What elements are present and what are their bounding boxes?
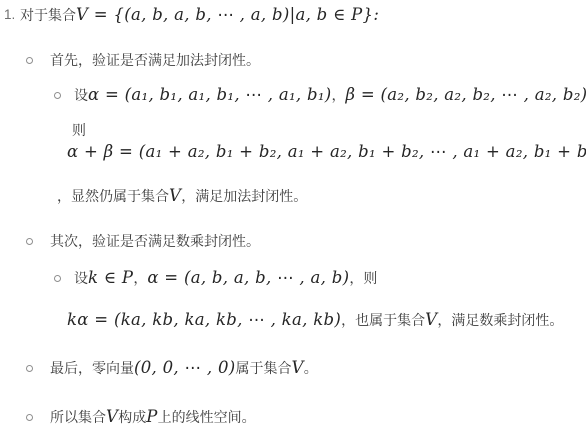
item-text: 最后，零向量(0, 0, ⋯ , 0)属于集合V。 [50, 357, 318, 380]
text-segment: ， [332, 87, 346, 103]
bullet-icon [26, 414, 33, 421]
text-segment: 所以集合 [50, 409, 106, 425]
text-segment: 构成 [118, 409, 146, 425]
math-segment: α = (a, b, a, b, ⋯ , a, b) [147, 268, 349, 287]
text-segment: 上的线性空间。 [158, 409, 256, 425]
math-segment: k ∈ P [88, 268, 133, 287]
math-segment: V [169, 186, 181, 205]
bullet-item-addition-closure: 首先，验证是否满足加法封闭性。 [0, 49, 586, 72]
bullet-icon [26, 365, 33, 372]
math-segment: V [425, 310, 437, 329]
text-segment: 设 [74, 270, 88, 286]
item-text: 对于集合V = {(a, b, a, b, ⋯ , a, b)|a, b ∈ P… [20, 4, 379, 27]
math-segment: V [106, 407, 118, 426]
bullet-item-zero-vector: 最后，零向量(0, 0, ⋯ , 0)属于集合V。 [0, 357, 586, 380]
text-segment: ， [133, 270, 147, 286]
text-segment: 属于集合 [235, 360, 291, 376]
continuation-line-addition-conclusion: ，显然仍属于集合V，满足加法封闭性。 [0, 185, 586, 208]
math-segment: V [291, 358, 303, 377]
bullet-icon [26, 238, 33, 245]
item-text: kα = (ka, kb, ka, kb, ⋯ , ka, kb)，也属于集合V… [67, 309, 563, 332]
bullet-icon [54, 92, 61, 99]
text-segment: ，也属于集合 [341, 312, 425, 328]
item-text: 其次，验证是否满足数乘封闭性。 [50, 230, 260, 253]
math-segment: α = (a₁, b₁, a₁, b₁, ⋯ , a₁, b₁) [88, 85, 332, 104]
bullet-item-conclusion: 所以集合V构成P上的线性空间。 [0, 406, 586, 429]
text-segment: ，满足数乘封闭性。 [437, 312, 563, 328]
item-text: 设k ∈ P，α = (a, b, a, b, ⋯ , a, b)，则 [74, 267, 377, 290]
ordered-list-marker: 1. [4, 4, 20, 26]
text-segment: 首先，验证是否满足加法封闭性。 [50, 52, 260, 68]
bullet-item-scalar-closure: 其次，验证是否满足数乘封闭性。 [0, 230, 586, 253]
continuation-line-then: 则 [0, 119, 586, 141]
item-text: 首先，验证是否满足加法封闭性。 [50, 49, 260, 72]
text-segment: 对于集合 [20, 7, 76, 23]
bullet-icon [26, 57, 33, 64]
item-text: ，显然仍属于集合V，满足加法封闭性。 [57, 185, 307, 208]
text-segment: 设 [74, 87, 88, 103]
item-text: 设α = (a₁, b₁, a₁, b₁, ⋯ , a₁, b₁)，β = (a… [74, 84, 586, 107]
text-segment: ，满足加法封闭性。 [181, 188, 307, 204]
equation-k-alpha: kα = (ka, kb, ka, kb, ⋯ , ka, kb)，也属于集合V… [0, 309, 586, 332]
ordered-list-item-1: 1. 对于集合V = {(a, b, a, b, ⋯ , a, b)|a, b … [0, 4, 586, 27]
text-segment: ，显然仍属于集合 [57, 188, 169, 204]
text-segment: 则 [72, 119, 86, 141]
math-segment: V = {(a, b, a, b, ⋯ , a, b)|a, b ∈ P}: [76, 5, 379, 24]
math-segment: α + β = (a₁ + a₂, b₁ + b₂, a₁ + a₂, b₁ +… [67, 141, 586, 163]
math-segment: kα = (ka, kb, ka, kb, ⋯ , ka, kb) [67, 310, 341, 329]
math-segment: P [146, 407, 157, 426]
bullet-item-k-definition: 设k ∈ P，α = (a, b, a, b, ⋯ , a, b)，则 [0, 267, 586, 290]
equation-alpha-plus-beta: α + β = (a₁ + a₂, b₁ + b₂, a₁ + a₂, b₁ +… [0, 141, 586, 163]
math-segment: β = (a₂, b₂, a₂, b₂, ⋯ , a₂, b₂) [346, 85, 586, 104]
text-segment: 其次，验证是否满足数乘封闭性。 [50, 233, 260, 249]
bullet-icon [54, 275, 61, 282]
text-segment: ，则 [349, 270, 377, 286]
bullet-item-alpha-beta-definition: 设α = (a₁, b₁, a₁, b₁, ⋯ , a₁, b₁)，β = (a… [0, 84, 586, 107]
text-segment: 。 [304, 360, 318, 376]
document-body: 1. 对于集合V = {(a, b, a, b, ⋯ , a, b)|a, b … [0, 0, 586, 429]
item-text: 所以集合V构成P上的线性空间。 [50, 406, 256, 429]
math-segment: (0, 0, ⋯ , 0) [134, 358, 235, 377]
text-segment: 最后，零向量 [50, 360, 134, 376]
